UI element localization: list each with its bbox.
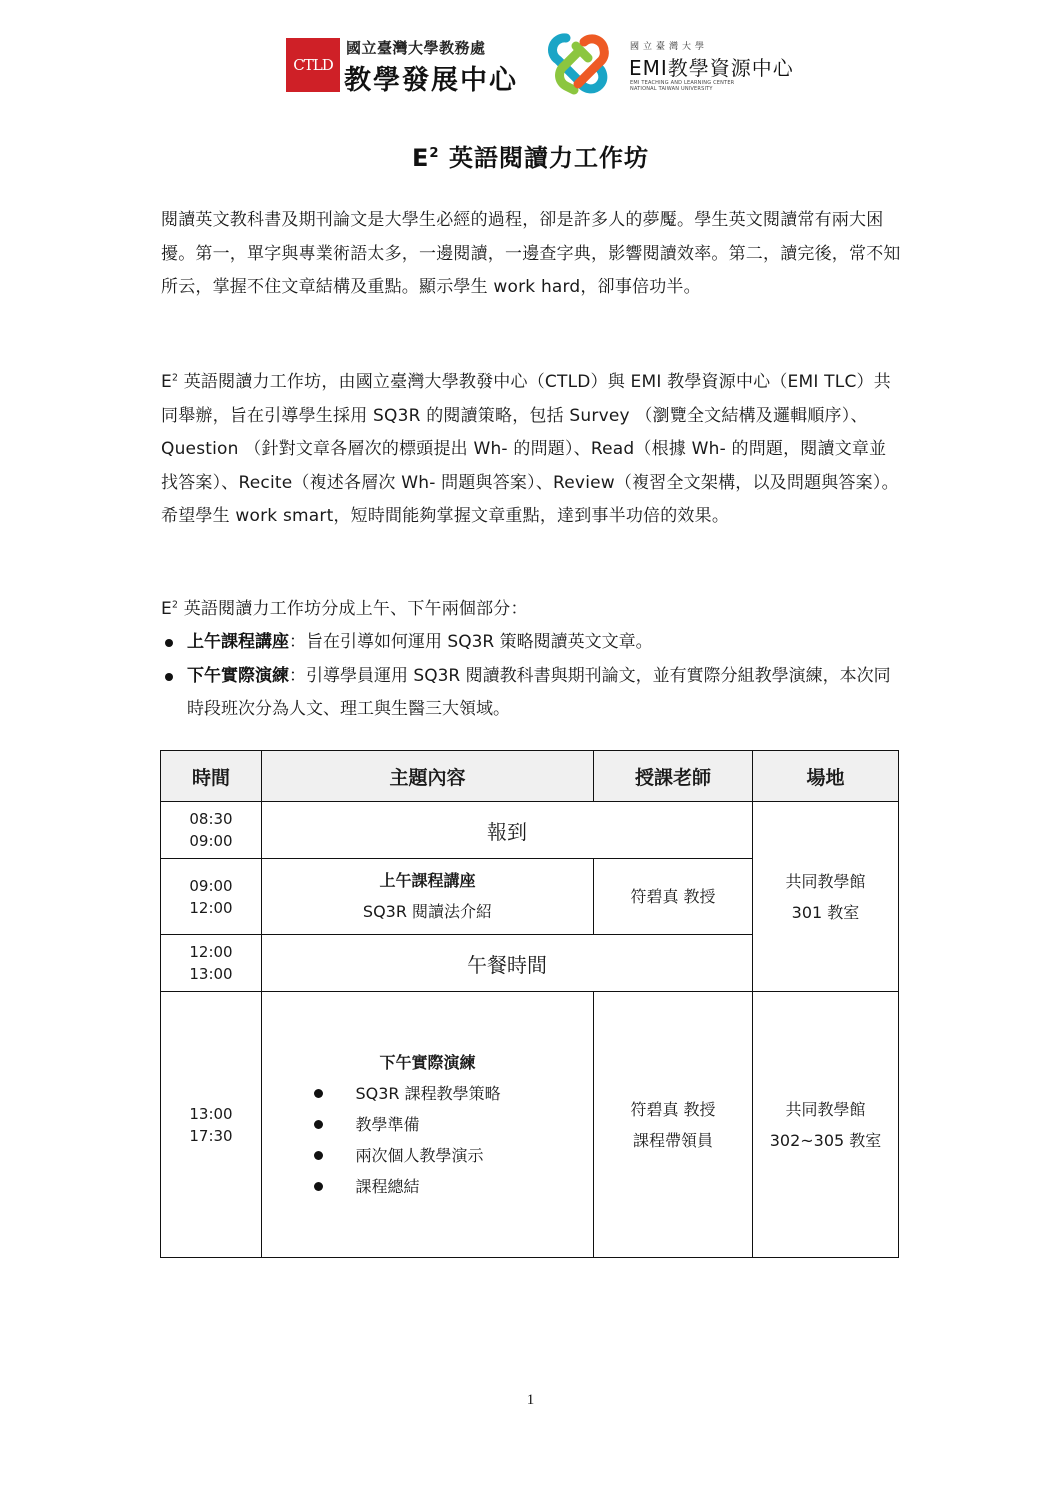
header-topic: 主題內容: [262, 751, 594, 802]
bullet-text: ：引導學員運用 SQ3R 閱讀教科書與期刊論文，並有實際分組教學演練，本次同時段…: [187, 666, 891, 720]
table-row: 08:30 09:00 報到 共同教學館 301 教室: [161, 802, 899, 859]
bullet-label: 下午實際演練: [187, 666, 289, 686]
header-time: 時間: [161, 751, 262, 802]
topic-cell: 下午實際演練 SQ3R 課程教學策略 教學準備 兩次個人教學演示 課程總結: [262, 992, 594, 1258]
ctld-logo: CTLD: [286, 38, 340, 92]
topic-title: 上午課程講座: [262, 866, 593, 896]
topic-title: 下午實際演練: [262, 1048, 593, 1078]
topic-cell: 上午課程講座 SQ3R 閱讀法介紹: [262, 859, 594, 935]
emi-logo-icon: [544, 28, 616, 100]
topic-item: 課程總結: [308, 1171, 528, 1202]
header-venue: 場地: [753, 751, 899, 802]
schedule-table: 時間 主題內容 授課老師 場地 08:30 09:00 報到 共同教學館 301…: [160, 750, 899, 1258]
time-cell: 13:00 17:30: [161, 992, 262, 1258]
time-cell: 12:00 13:00: [161, 935, 262, 992]
bullet-afternoon-session: 下午實際演練：引導學員運用 SQ3R 閱讀教科書與期刊論文，並有實際分組教學演練…: [161, 660, 901, 727]
intro-paragraph: 閱讀英文教科書及期刊論文是大學生必經的過程，卻是許多人的夢魘。學生英文閱讀常有兩…: [161, 204, 901, 305]
title-text: 英語閱讀力工作坊: [440, 144, 649, 172]
teacher-cell: 符碧真 教授: [594, 859, 753, 935]
emi-english-name: EMI TEACHING AND LEARNING CENTER NATIONA…: [630, 80, 734, 92]
teacher-line-1: 符碧真 教授: [594, 1094, 752, 1125]
topic-cell: 午餐時間: [262, 935, 753, 992]
structure-paragraph: E2 英語閱讀力工作坊分成上午、下午兩個部分：: [161, 593, 901, 627]
venue-line-1: 共同教學館: [753, 1094, 898, 1125]
emi-org-line: 國立臺灣大學: [630, 39, 708, 52]
page-title: E2 英語閱讀力工作坊: [0, 138, 1061, 173]
topic-item: 兩次個人教學演示: [308, 1140, 528, 1171]
title-superscript: 2: [429, 146, 439, 161]
venue-line-2: 302~305 教室: [753, 1125, 898, 1156]
bullet-text: ：旨在引導如何運用 SQ3R 策略閱讀英文文章。: [289, 632, 653, 652]
topic-subtitle: SQ3R 閱讀法介紹: [262, 896, 593, 927]
organizer-paragraph: E2 英語閱讀力工作坊，由國立臺灣大學教發中心（CTLD）與 EMI 教學資源中…: [161, 366, 901, 534]
teacher-line-2: 課程帶領員: [594, 1125, 752, 1156]
p3-text: 英語閱讀力工作坊分成上午、下午兩個部分：: [178, 599, 528, 619]
header-logos: CTLD 國立臺灣大學教務處 教學發展中心 國立臺灣大學 EMI教學資源中心 E…: [286, 28, 786, 100]
ctld-org-line: 國立臺灣大學教務處: [346, 37, 486, 58]
emi-center-name: EMI教學資源中心: [629, 52, 794, 81]
topic-cell: 報到: [262, 802, 753, 859]
time-start: 09:00: [161, 875, 261, 897]
topic-item: SQ3R 課程教學策略: [308, 1078, 528, 1109]
time-end: 09:00: [161, 830, 261, 852]
venue-cell-morning: 共同教學館 301 教室: [753, 802, 899, 992]
emi-english-line-2: NATIONAL TAIWAN UNIVERSITY: [630, 86, 734, 92]
time-cell: 08:30 09:00: [161, 802, 262, 859]
time-cell: 09:00 12:00: [161, 859, 262, 935]
title-prefix: E: [412, 144, 429, 172]
time-end: 12:00: [161, 897, 261, 919]
bullet-morning-session: 上午課程講座：旨在引導如何運用 SQ3R 策略閱讀英文文章。: [161, 626, 901, 660]
ctld-logo-mark: CTLD: [286, 38, 340, 92]
time-start: 08:30: [161, 808, 261, 830]
session-bullet-list: 上午課程講座：旨在引導如何運用 SQ3R 策略閱讀英文文章。 下午實際演練：引導…: [161, 626, 901, 727]
bullet-label: 上午課程講座: [187, 632, 289, 652]
p3-prefix: E: [161, 599, 172, 619]
ctld-center-name: 教學發展中心: [344, 58, 518, 97]
time-start: 12:00: [161, 941, 261, 963]
time-start: 13:00: [161, 1103, 261, 1125]
table-header-row: 時間 主題內容 授課老師 場地: [161, 751, 899, 802]
time-end: 13:00: [161, 963, 261, 985]
time-end: 17:30: [161, 1125, 261, 1147]
table-row: 13:00 17:30 下午實際演練 SQ3R 課程教學策略 教學準備 兩次個人…: [161, 992, 899, 1258]
teacher-cell: 符碧真 教授 課程帶領員: [594, 992, 753, 1258]
page-number: 1: [0, 1392, 1061, 1409]
p2-prefix: E: [161, 372, 172, 392]
venue-cell-afternoon: 共同教學館 302~305 教室: [753, 992, 899, 1258]
venue-line-2: 301 教室: [753, 897, 898, 928]
venue-line-1: 共同教學館: [753, 866, 898, 897]
p2-text: 英語閱讀力工作坊，由國立臺灣大學教發中心（CTLD）與 EMI 教學資源中心（E…: [161, 372, 899, 526]
document-page: CTLD 國立臺灣大學教務處 教學發展中心 國立臺灣大學 EMI教學資源中心 E…: [0, 0, 1061, 1500]
topic-item-list: SQ3R 課程教學策略 教學準備 兩次個人教學演示 課程總結: [328, 1078, 528, 1202]
topic-item: 教學準備: [308, 1109, 528, 1140]
header-teacher: 授課老師: [594, 751, 753, 802]
